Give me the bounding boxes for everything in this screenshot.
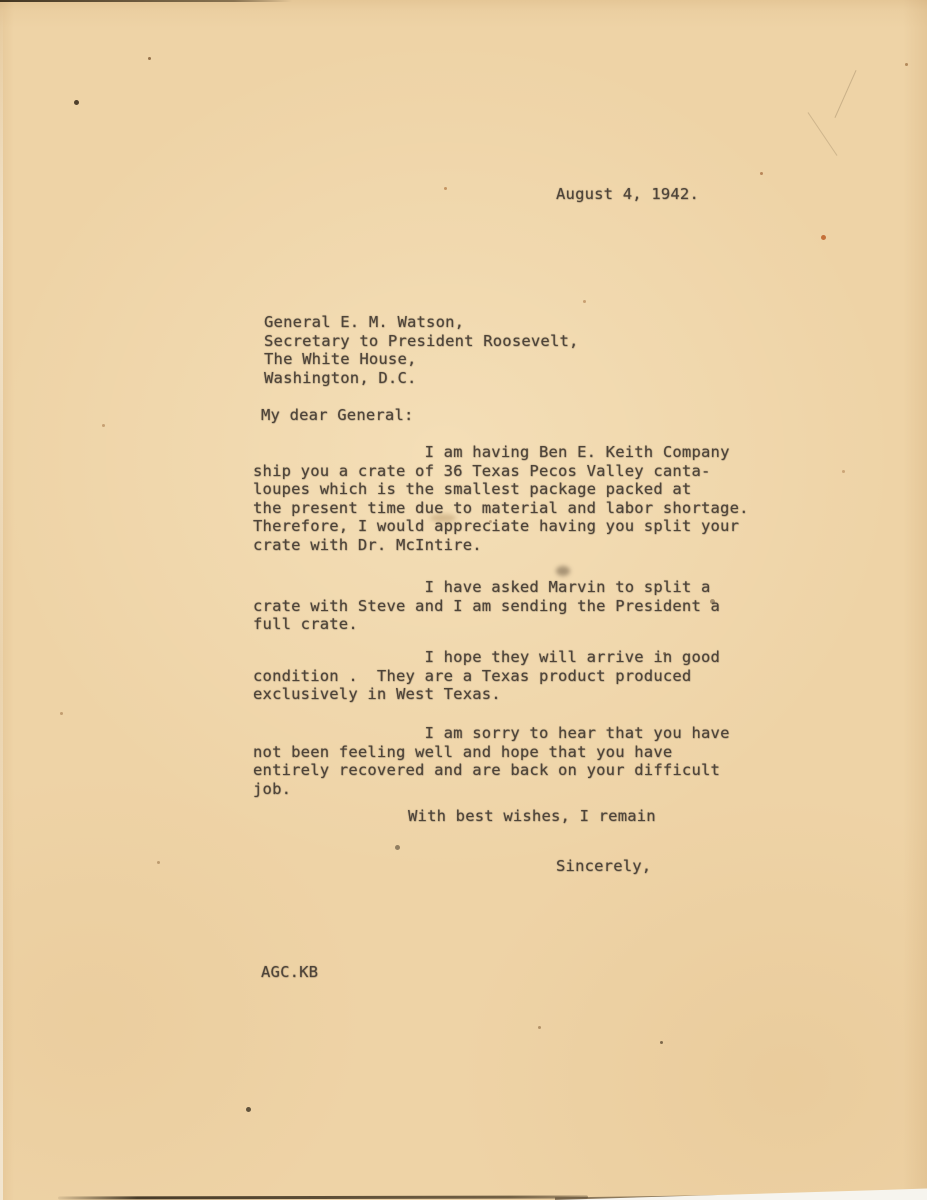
scanned-letter-page: August 4, 1942. General E. M. Watson, Se… [0,0,927,1200]
recipient-address-block: General E. M. Watson, Secretary to Presi… [264,313,579,387]
paper-speckles [0,0,3,3]
signoff: Sincerely, [556,857,651,876]
paragraph-3: I hope they will arrive in good conditio… [253,648,720,704]
paragraph-1: I am having Ben E. Keith Company ship yo… [253,443,749,554]
paper-crease [808,112,838,156]
letter-date: August 4, 1942. [556,185,699,204]
salutation: My dear General: [261,406,414,425]
ink-smudge [556,566,570,576]
scan-edge-bottom [58,1195,588,1199]
scan-edge-left [0,0,3,1200]
closing-line: With best wishes, I remain [408,807,656,826]
paragraph-4: I am sorry to hear that you have not bee… [253,724,730,798]
paragraph-2: I have asked Marvin to split a crate wit… [253,578,720,634]
reference-initials: AGC.KB [261,963,318,982]
paper-crease [834,70,856,118]
scan-edge-top [0,0,292,2]
